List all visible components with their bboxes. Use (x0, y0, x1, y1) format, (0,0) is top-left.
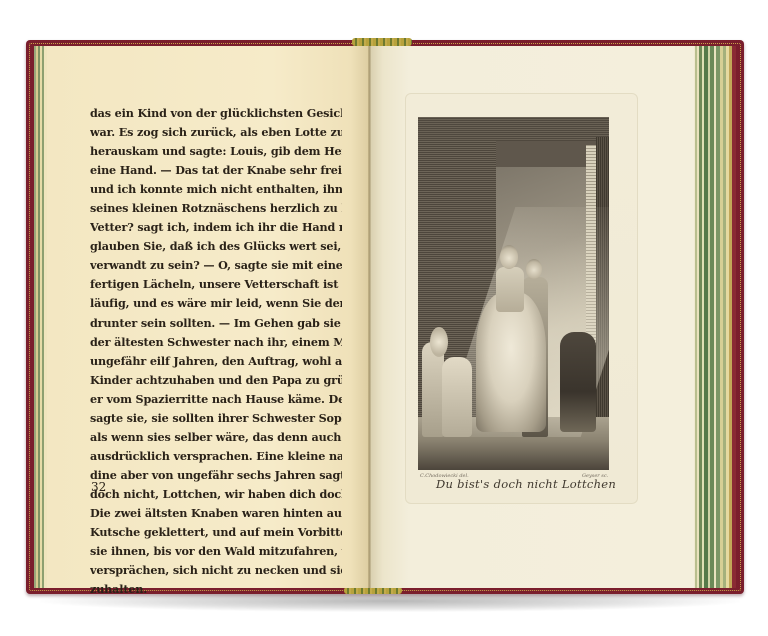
text-line: doch nicht, Lottchen, wir haben dich doc… (90, 485, 342, 504)
text-line: er vom Spazierritte nach Hause käme. Den… (90, 390, 342, 409)
text-line: dine aber von ungefähr sechs Jahren sagt… (90, 466, 342, 485)
text-line: versprächen, sich nicht zu necken und si… (90, 561, 342, 580)
text-line: das ein Kind von der glücklichsten Gesic… (90, 104, 342, 123)
book-gutter (368, 46, 371, 588)
headband-top (352, 38, 412, 46)
right-page-edges (692, 46, 736, 588)
figure-child-head (430, 327, 448, 357)
figure-lady-head (500, 245, 518, 269)
text-line: zuhalten. (90, 580, 342, 599)
text-line: Vetter? sagt ich, indem ich ihr die Hand… (90, 218, 342, 237)
figure-boy (560, 332, 596, 432)
text-line: ungefähr eilf Jahren, den Auftrag, wohl … (90, 352, 342, 371)
text-line: Kinder achtzuhaben und den Papa zu grüße… (90, 371, 342, 390)
engraving-caption: Du bist's doch nicht Lottchen (436, 477, 606, 491)
figure-child (442, 357, 472, 437)
text-line: war. Es zog sich zurück, als eben Lotte … (90, 123, 342, 142)
page-number: 32 (91, 480, 106, 494)
text-line: Die zwei ältsten Knaben waren hinten auf… (90, 504, 342, 523)
engraving-ceiling (418, 117, 609, 141)
text-line: seines kleinen Rotznäschens herzlich zu … (90, 199, 342, 218)
figure-lady-bodice (496, 267, 524, 312)
figure-young-man-head (526, 259, 542, 279)
text-line: drunter sein sollten. — Im Gehen gab sie… (90, 314, 342, 333)
left-page-text: das ein Kind von der glücklichsten Gesic… (90, 104, 342, 599)
text-line: als wenn sies selber wäre, das denn auch… (90, 428, 342, 447)
text-line: und ich konnte mich nicht enthalten, ihn… (90, 180, 342, 199)
text-line: läufig, und es wäre mir leid, wenn Sie d… (90, 294, 342, 313)
text-line: fertigen Lächeln, unsere Vetterschaft is… (90, 275, 342, 294)
text-line: Kutsche geklettert, und auf mein Vorbitt… (90, 523, 342, 542)
engraving-illustration (418, 117, 609, 470)
text-line: verwandt zu sein? — O, sagte sie mit ein… (90, 256, 342, 275)
text-line: sagte sie, sie sollten ihrer Schwester S… (90, 409, 342, 428)
text-line: herauskam und sagte: Louis, gib dem Herr… (90, 142, 342, 161)
text-line: eine Hand. — Das tat der Knabe sehr frei… (90, 161, 342, 180)
headband-bottom (344, 587, 402, 594)
text-line: der ältesten Schwester nach ihr, einem M… (90, 333, 342, 352)
text-line: sie ihnen, bis vor den Wald mitzufahren,… (90, 542, 342, 561)
left-page-edges (34, 46, 48, 588)
text-line: glauben Sie, daß ich des Glücks wert sei… (90, 237, 342, 256)
figure-lady-gown (476, 292, 546, 432)
text-line: ausdrücklich versprachen. Eine kleine na… (90, 447, 342, 466)
